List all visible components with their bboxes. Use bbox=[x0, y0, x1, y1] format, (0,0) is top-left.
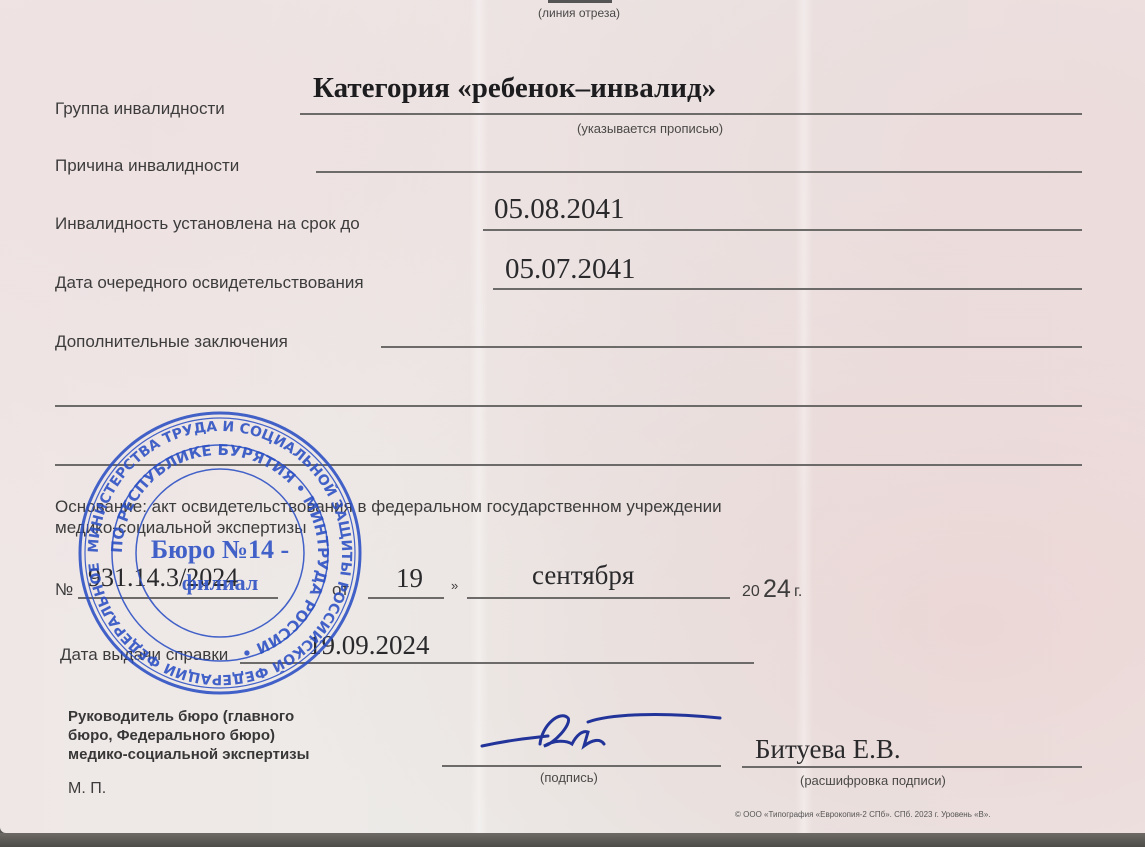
signatory-title-2: бюро, Федерального бюро) bbox=[68, 727, 275, 745]
certificate-sheet: (линия отреза) Группа инвалидности Катег… bbox=[0, 0, 1145, 833]
additional-underline-3 bbox=[55, 464, 1082, 466]
act-year-suffix: 24 bbox=[763, 575, 791, 604]
cause-label: Причина инвалидности bbox=[55, 156, 239, 176]
act-number-underline bbox=[78, 597, 278, 599]
signatory-title-3: медико-социальной экспертизы bbox=[68, 746, 309, 764]
act-day-value: 19 bbox=[396, 563, 423, 594]
background-surface bbox=[0, 833, 1145, 847]
next-exam-underline bbox=[493, 288, 1082, 290]
next-exam-value: 05.07.2041 bbox=[505, 253, 636, 286]
svg-text:ПО РЕСПУБЛИКЕ БУРЯТИЯ • МИНТРУ: ПО РЕСПУБЛИКЕ БУРЯТИЯ • МИНТРУДА РОССИИ … bbox=[108, 441, 332, 663]
group-underline bbox=[300, 113, 1082, 115]
group-label: Группа инвалидности bbox=[55, 99, 225, 119]
basis-line1: Основание: акт освидетельствования в фед… bbox=[55, 497, 722, 517]
cut-line-label: (линия отреза) bbox=[538, 6, 620, 20]
act-quote-close: » bbox=[451, 578, 458, 593]
signatory-title-1: Руководитель бюро (главного bbox=[68, 708, 294, 726]
group-value: Категория «ребенок–инвалид» bbox=[313, 72, 716, 105]
stamp-inner-text: ПО РЕСПУБЛИКЕ БУРЯТИЯ • МИНТРУДА РОССИИ … bbox=[108, 441, 332, 663]
next-exam-label: Дата очередного освидетельствования bbox=[55, 273, 364, 293]
issue-date-label: Дата выдачи справки bbox=[60, 645, 228, 665]
act-month-underline bbox=[467, 597, 730, 599]
cut-line-mark bbox=[548, 0, 612, 3]
cause-underline bbox=[316, 171, 1082, 173]
signature-hint: (подпись) bbox=[540, 770, 598, 785]
act-number-value: 931.14.3/2024 bbox=[88, 563, 238, 593]
fold-crease bbox=[795, 0, 813, 833]
additional-label: Дополнительные заключения bbox=[55, 332, 288, 352]
term-label: Инвалидность установлена на срок до bbox=[55, 214, 360, 234]
signatory-name-hint: (расшифровка подписи) bbox=[800, 773, 946, 788]
signature-scribble bbox=[470, 700, 740, 760]
term-underline bbox=[483, 229, 1082, 231]
printer-note: © ООО «Типография «Еврокопия-2 СПб». СПб… bbox=[735, 810, 991, 819]
term-value: 05.08.2041 bbox=[494, 193, 625, 226]
basis-line2: медико-социальной экспертизы bbox=[55, 518, 306, 538]
stamp-center-line1: Бюро №14 - bbox=[151, 535, 289, 564]
additional-underline bbox=[381, 346, 1082, 348]
act-month-value: сентября bbox=[532, 560, 634, 591]
signature-underline bbox=[442, 765, 721, 767]
signatory-name: Битуева Е.В. bbox=[755, 734, 901, 765]
act-number-prefix: № bbox=[55, 580, 73, 600]
additional-underline-2 bbox=[55, 405, 1082, 407]
act-year-prefix: 20 bbox=[742, 583, 760, 601]
issue-date-value: 19.09.2024 bbox=[308, 630, 430, 661]
signatory-name-underline bbox=[742, 766, 1082, 768]
act-year-unit: г. bbox=[794, 583, 802, 601]
act-from-label: от bbox=[332, 580, 349, 600]
issue-date-underline bbox=[240, 662, 754, 664]
stamp-place-mark: М. П. bbox=[68, 780, 106, 798]
group-hint: (указывается прописью) bbox=[577, 121, 723, 136]
act-day-underline bbox=[368, 597, 444, 599]
